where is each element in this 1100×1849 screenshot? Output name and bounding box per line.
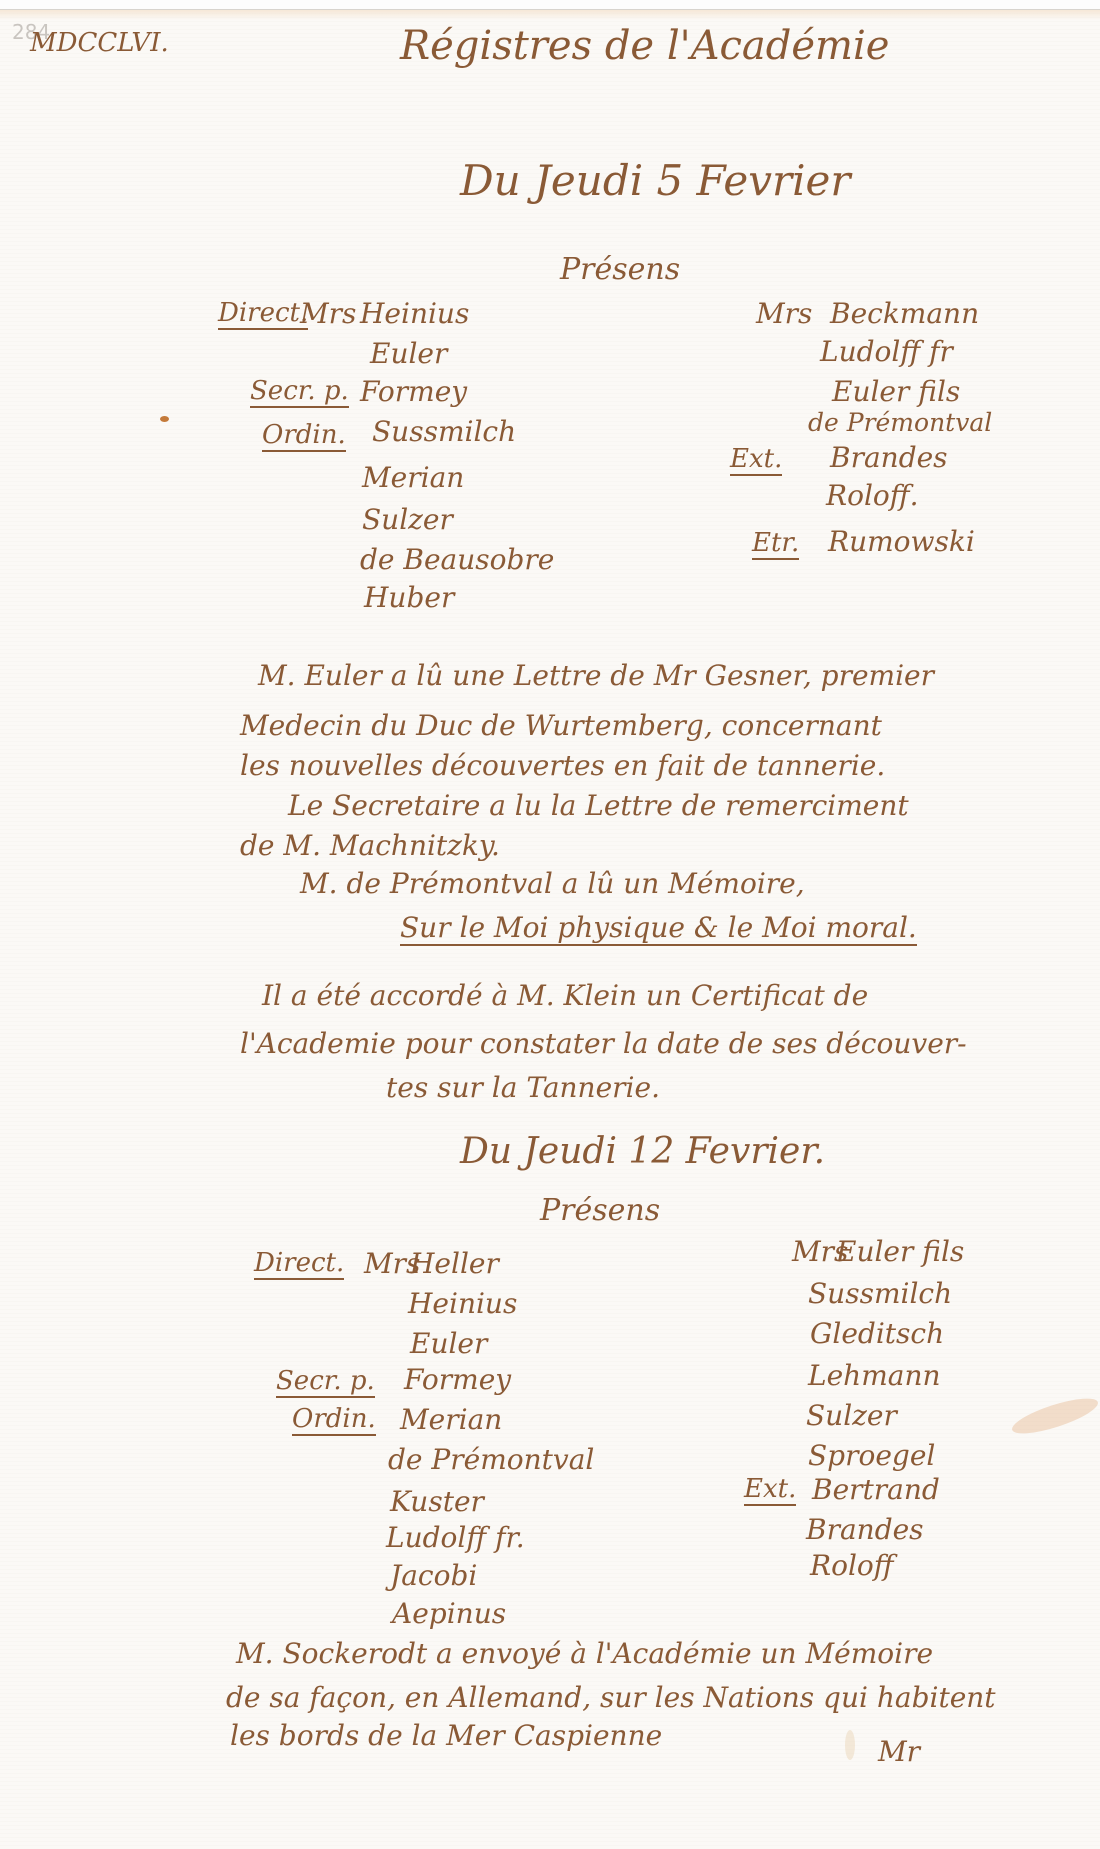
role-secretary: Secr. p. — [250, 378, 349, 408]
minutes-line: les bords de la Mer Caspienne — [230, 1722, 662, 1750]
attendee-name: Jacobi — [390, 1562, 477, 1590]
attendee-name: Brandes — [806, 1516, 924, 1544]
minutes-line: Il a été accordé à M. Klein un Certifica… — [262, 982, 868, 1010]
attendee-name: Heinius — [360, 300, 469, 328]
year-heading: MDCCLVI. — [30, 30, 169, 56]
attendee-name: Sulzer — [806, 1402, 897, 1430]
foxing-stain — [845, 1730, 855, 1760]
attendee-name: de Prémontval — [388, 1446, 594, 1474]
role-director: Direct. — [218, 300, 308, 330]
attendee-name: Euler fils — [832, 378, 960, 406]
attendee-name: Sussmilch — [372, 418, 516, 446]
attendee-name: Gleditsch — [810, 1320, 944, 1348]
attendee-name: Merian — [362, 464, 464, 492]
minutes-line: M. Sockerodt a envoyé à l'Académie un Mé… — [236, 1640, 933, 1668]
attendee-name: Sproegel — [808, 1442, 935, 1470]
role-foreign: Etr. — [752, 530, 799, 560]
attendee-name: de Prémontval — [808, 410, 992, 435]
minutes-line: M. Euler a lû une Lettre de Mr Gesner, p… — [258, 662, 934, 690]
ink-spot — [160, 416, 169, 422]
minutes-line: Medecin du Duc de Wurtemberg, concernant — [240, 712, 882, 740]
role-secretary: Secr. p. — [276, 1368, 375, 1398]
attendee-name: Sulzer — [362, 506, 453, 534]
presens-heading: Présens — [540, 1196, 660, 1226]
attendee-name: Aepinus — [392, 1600, 506, 1628]
role-director: Direct. — [254, 1250, 344, 1280]
minutes-line: Le Secretaire a lu la Lettre de remercim… — [288, 792, 909, 820]
minutes-line: de sa façon, en Allemand, sur les Nation… — [226, 1684, 996, 1712]
minutes-line: tes sur la Tannerie. — [386, 1074, 660, 1102]
role-external: Ext. — [730, 446, 782, 476]
attendee-name: Sussmilch — [808, 1280, 952, 1308]
attendee-name: Formey — [360, 378, 467, 406]
minutes-line: M. de Prémontval a lû un Mémoire, — [300, 870, 805, 898]
attendee-name: Bertrand — [812, 1476, 940, 1504]
attendee-name: Merian — [400, 1406, 502, 1434]
presens-heading: Présens — [560, 255, 680, 285]
attendee-name: Euler — [370, 340, 447, 368]
minutes-line: les nouvelles découvertes en fait de tan… — [240, 752, 885, 780]
catchword: Mr — [878, 1738, 920, 1766]
attendee-name: Kuster — [390, 1488, 484, 1516]
attendee-name: Formey — [404, 1366, 511, 1394]
attendee-name: Heinius — [408, 1290, 517, 1318]
attendee-name: Roloff. — [826, 482, 919, 510]
session-date: Du Jeudi 5 Fevrier — [460, 160, 850, 202]
attendee-name: Euler — [410, 1330, 487, 1358]
attendee-name: Ludolff fr. — [386, 1524, 525, 1552]
attendee-name: Euler fils — [836, 1238, 964, 1266]
scan-top-margin — [0, 0, 1100, 10]
minutes-line: de M. Machnitzky. — [240, 832, 500, 860]
role-external: Ext. — [744, 1476, 796, 1506]
attendee-name: Rumowski — [828, 528, 975, 556]
attendee-name: de Beausobre — [360, 546, 554, 574]
attendee-name: Heller — [410, 1250, 499, 1278]
running-title: Régistres de l'Académie — [400, 26, 889, 66]
session-date: Du Jeudi 12 Fevrier. — [460, 1134, 825, 1170]
attendee-name: Lehmann — [808, 1362, 941, 1390]
minutes-line: l'Academie pour constater la date de ses… — [240, 1030, 967, 1058]
salutation: Mrs — [756, 300, 812, 328]
attendee-name: Huber — [364, 584, 454, 612]
attendee-name: Ludolff fr — [820, 338, 953, 366]
attendee-name: Beckmann — [830, 300, 979, 328]
attendee-name: Roloff — [810, 1552, 894, 1580]
role-ordinary: Ordin. — [262, 422, 346, 452]
salutation: Mrs — [300, 300, 356, 328]
attendee-name: Brandes — [830, 444, 948, 472]
memoire-title: Sur le Moi physique & le Moi moral. — [400, 914, 917, 946]
role-ordinary: Ordin. — [292, 1406, 376, 1436]
